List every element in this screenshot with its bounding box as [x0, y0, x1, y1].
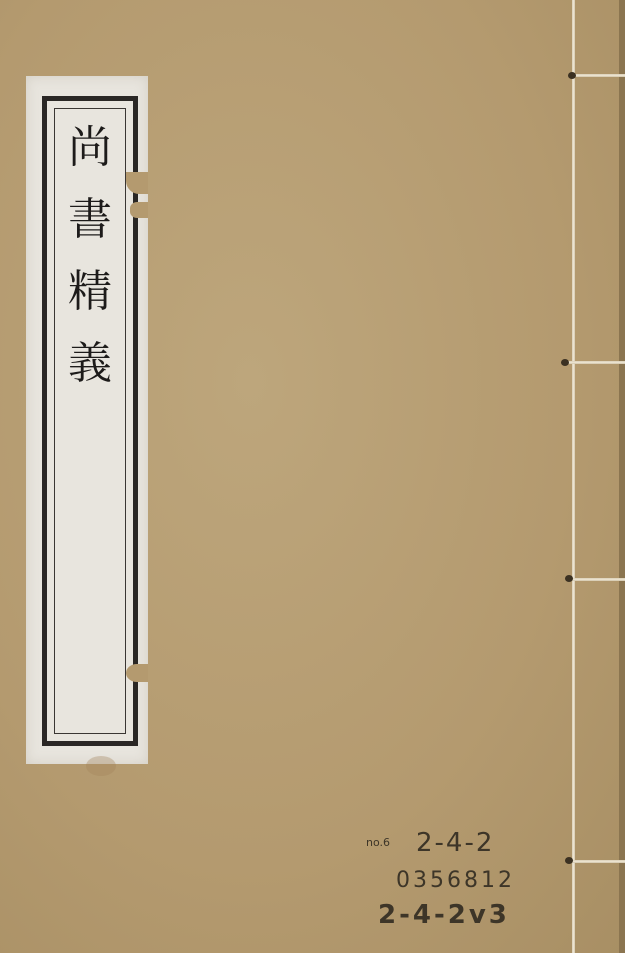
title-char: 尚	[68, 120, 112, 176]
title-label-slip: 尚 書 精 義	[26, 76, 148, 764]
binding-hole	[565, 857, 573, 864]
note-line-3: 2-4-2v3	[378, 900, 510, 930]
label-stain	[86, 756, 116, 776]
note-line-1: 2-4-2	[416, 828, 494, 858]
book-cover: 尚 書 精 義 no.6 2-4-2 0356812 2-4-2v3	[0, 0, 625, 953]
label-tear	[130, 202, 148, 218]
title-char: 精	[68, 264, 112, 320]
spine-edge	[619, 0, 625, 953]
binding-thread-stitch	[572, 74, 625, 77]
binding-thread-stitch	[566, 361, 625, 364]
label-tear	[126, 664, 148, 682]
title-char: 義	[68, 336, 112, 392]
note-line-2: 0356812	[396, 868, 515, 893]
binding-thread-stitch	[568, 860, 625, 863]
book-title: 尚 書 精 義	[54, 120, 126, 392]
binding-thread-vertical	[572, 0, 575, 953]
title-char: 書	[68, 192, 112, 248]
binding-hole	[568, 72, 576, 79]
note-prefix: no.6	[366, 836, 390, 849]
binding-hole	[565, 575, 573, 582]
binding-thread-stitch	[568, 578, 625, 581]
binding-hole	[561, 359, 569, 366]
